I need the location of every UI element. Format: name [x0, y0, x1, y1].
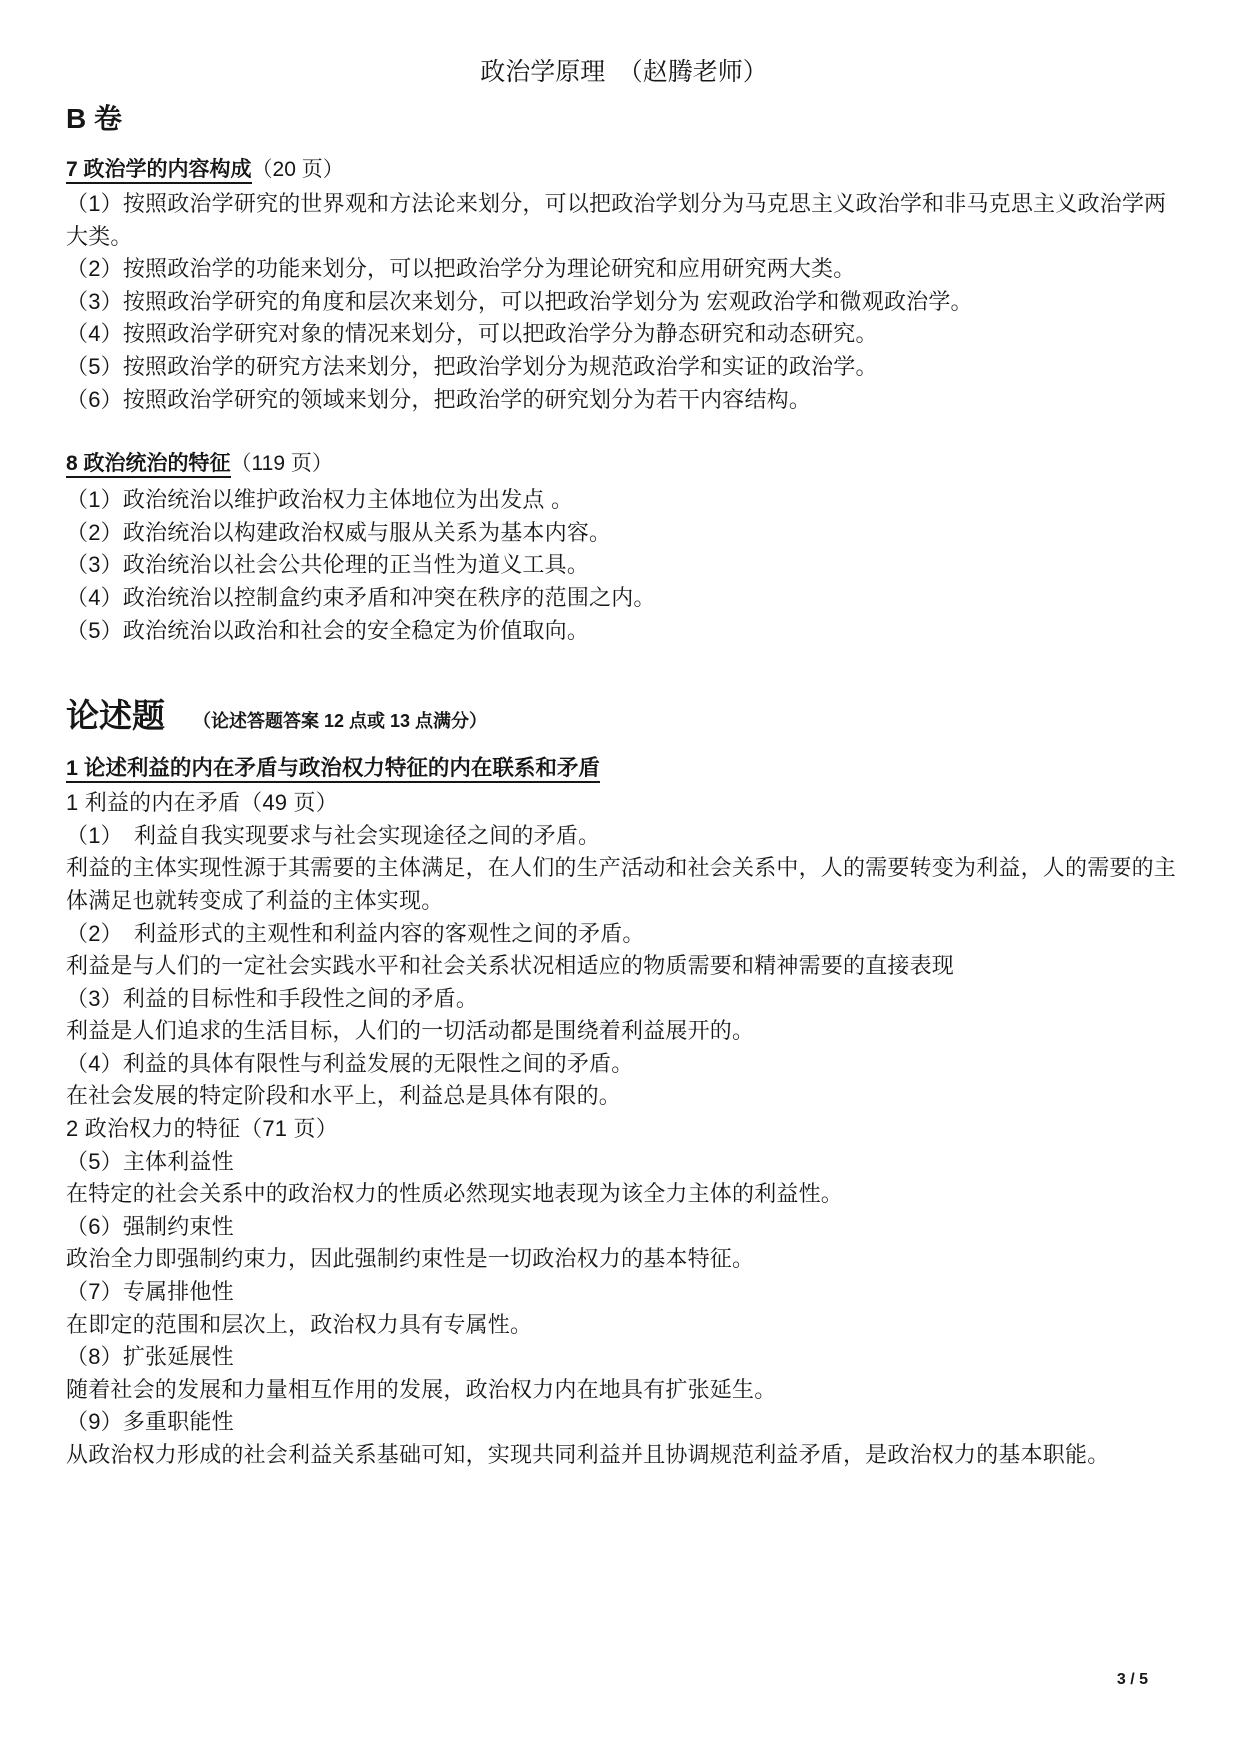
section-7-items: （1）按照政治学研究的世界观和方法论来划分，可以把政治学划分为马克思主义政治学和…	[66, 188, 1182, 416]
list-item: （3）按照政治学研究的角度和层次来划分，可以把政治学划分为 宏观政治学和微观政治…	[66, 286, 1182, 319]
list-item: （2）政治统治以构建政治权威与服从关系为基本内容。	[66, 517, 1182, 550]
essay-line: 利益是人们追求的生活目标，人们的一切活动都是围绕着利益展开的。	[66, 1015, 1182, 1048]
essay-line: 政治全力即强制约束力，因此强制约束性是一切政治权力的基本特征。	[66, 1243, 1182, 1276]
part-b-heading: B 卷	[66, 102, 1182, 136]
document-title: 政治学原理 （赵腾老师）	[66, 56, 1182, 88]
essay-line: 1 利益的内在矛盾（49 页）	[66, 787, 1182, 820]
essay-line: （4）利益的具体有限性与利益发展的无限性之间的矛盾。	[66, 1048, 1182, 1081]
list-item: （3）政治统治以社会公共伦理的正当性为道义工具。	[66, 549, 1182, 582]
essay-line: 利益的主体实现性源于其需要的主体满足，在人们的生产活动和社会关系中，人的需要转变…	[66, 852, 1182, 917]
list-item: （1）按照政治学研究的世界观和方法论来划分，可以把政治学划分为马克思主义政治学和…	[66, 188, 1182, 253]
essay-line: 在特定的社会关系中的政治权力的性质必然现实地表现为该全力主体的利益性。	[66, 1178, 1182, 1211]
document-page: 政治学原理 （赵腾老师） B 卷 7 政治学的内容构成（20 页） （1）按照政…	[0, 0, 1241, 1754]
list-item: （4）政治统治以控制盒约束矛盾和冲突在秩序的范围之内。	[66, 582, 1182, 615]
essay-line: 随着社会的发展和力量相互作用的发展，政治权力内在地具有扩张延生。	[66, 1374, 1182, 1407]
essay-line: （9）多重职能性	[66, 1406, 1182, 1439]
essay-line: （5）主体利益性	[66, 1146, 1182, 1179]
document-content: 政治学原理 （赵腾老师） B 卷 7 政治学的内容构成（20 页） （1）按照政…	[66, 56, 1182, 1472]
section-7-heading: 7 政治学的内容构成（20 页）	[66, 155, 1182, 184]
essay-line: 2 政治权力的特征（71 页）	[66, 1113, 1182, 1146]
essay-line: 在即定的范围和层次上，政治权力具有专属性。	[66, 1309, 1182, 1342]
list-item: （6）按照政治学研究的领域来划分，把政治学的研究划分为若干内容结构。	[66, 384, 1182, 417]
essay-section-heading: 论述题（论述答题答案 12 点或 13 点满分）	[66, 694, 1182, 744]
essay-score-note: （论述答题答案 12 点或 13 点满分）	[193, 711, 487, 731]
essay-line: （1） 利益自我实现要求与社会实现途径之间的矛盾。	[66, 820, 1182, 853]
essay-line: （6）强制约束性	[66, 1211, 1182, 1244]
essay-line: 从政治权力形成的社会利益关系基础可知，实现共同利益并且协调规范利益矛盾，是政治权…	[66, 1439, 1182, 1472]
essay-question-text: 1 论述利益的内在矛盾与政治权力特征的内在联系和矛盾	[66, 756, 600, 783]
list-item: （1）政治统治以维护政治权力主体地位为出发点 。	[66, 484, 1182, 517]
essay-line: （2） 利益形式的主观性和利益内容的客观性之间的矛盾。	[66, 918, 1182, 951]
essay-line: 利益是与人们的一定社会实践水平和社会关系状况相适应的物质需要和精神需要的直接表现	[66, 950, 1182, 983]
essay-line: （7）专属排他性	[66, 1276, 1182, 1309]
section-7-title: 7 政治学的内容构成	[66, 158, 252, 184]
list-item: （4）按照政治学研究对象的情况来划分，可以把政治学分为静态研究和动态研究。	[66, 318, 1182, 351]
section-8-title: 8 政治统治的特征	[66, 452, 231, 478]
section-8-page-ref: （119 页）	[231, 452, 333, 475]
list-item: （5）按照政治学的研究方法来划分，把政治学划分为规范政治学和实证的政治学。	[66, 351, 1182, 384]
list-item: （5）政治统治以政治和社会的安全稳定为价值取向。	[66, 615, 1182, 648]
section-8-items: （1）政治统治以维护政治权力主体地位为出发点 。 （2）政治统治以构建政治权威与…	[66, 484, 1182, 647]
essay-body: 1 利益的内在矛盾（49 页） （1） 利益自我实现要求与社会实现途径之间的矛盾…	[66, 787, 1182, 1471]
essay-line: （3）利益的目标性和手段性之间的矛盾。	[66, 983, 1182, 1016]
page-number: 3 / 5	[1117, 1671, 1148, 1689]
essay-question-heading: 1 论述利益的内在矛盾与政治权力特征的内在联系和矛盾	[66, 753, 1182, 784]
essay-line: （8）扩张延展性	[66, 1341, 1182, 1374]
essay-line: 在社会发展的特定阶段和水平上，利益总是具体有限的。	[66, 1080, 1182, 1113]
section-8-heading: 8 政治统治的特征（119 页）	[66, 449, 1182, 478]
essay-section-title: 论述题	[66, 697, 165, 734]
section-7-page-ref: （20 页）	[252, 158, 344, 181]
list-item: （2）按照政治学的功能来划分，可以把政治学分为理论研究和应用研究两大类。	[66, 253, 1182, 286]
